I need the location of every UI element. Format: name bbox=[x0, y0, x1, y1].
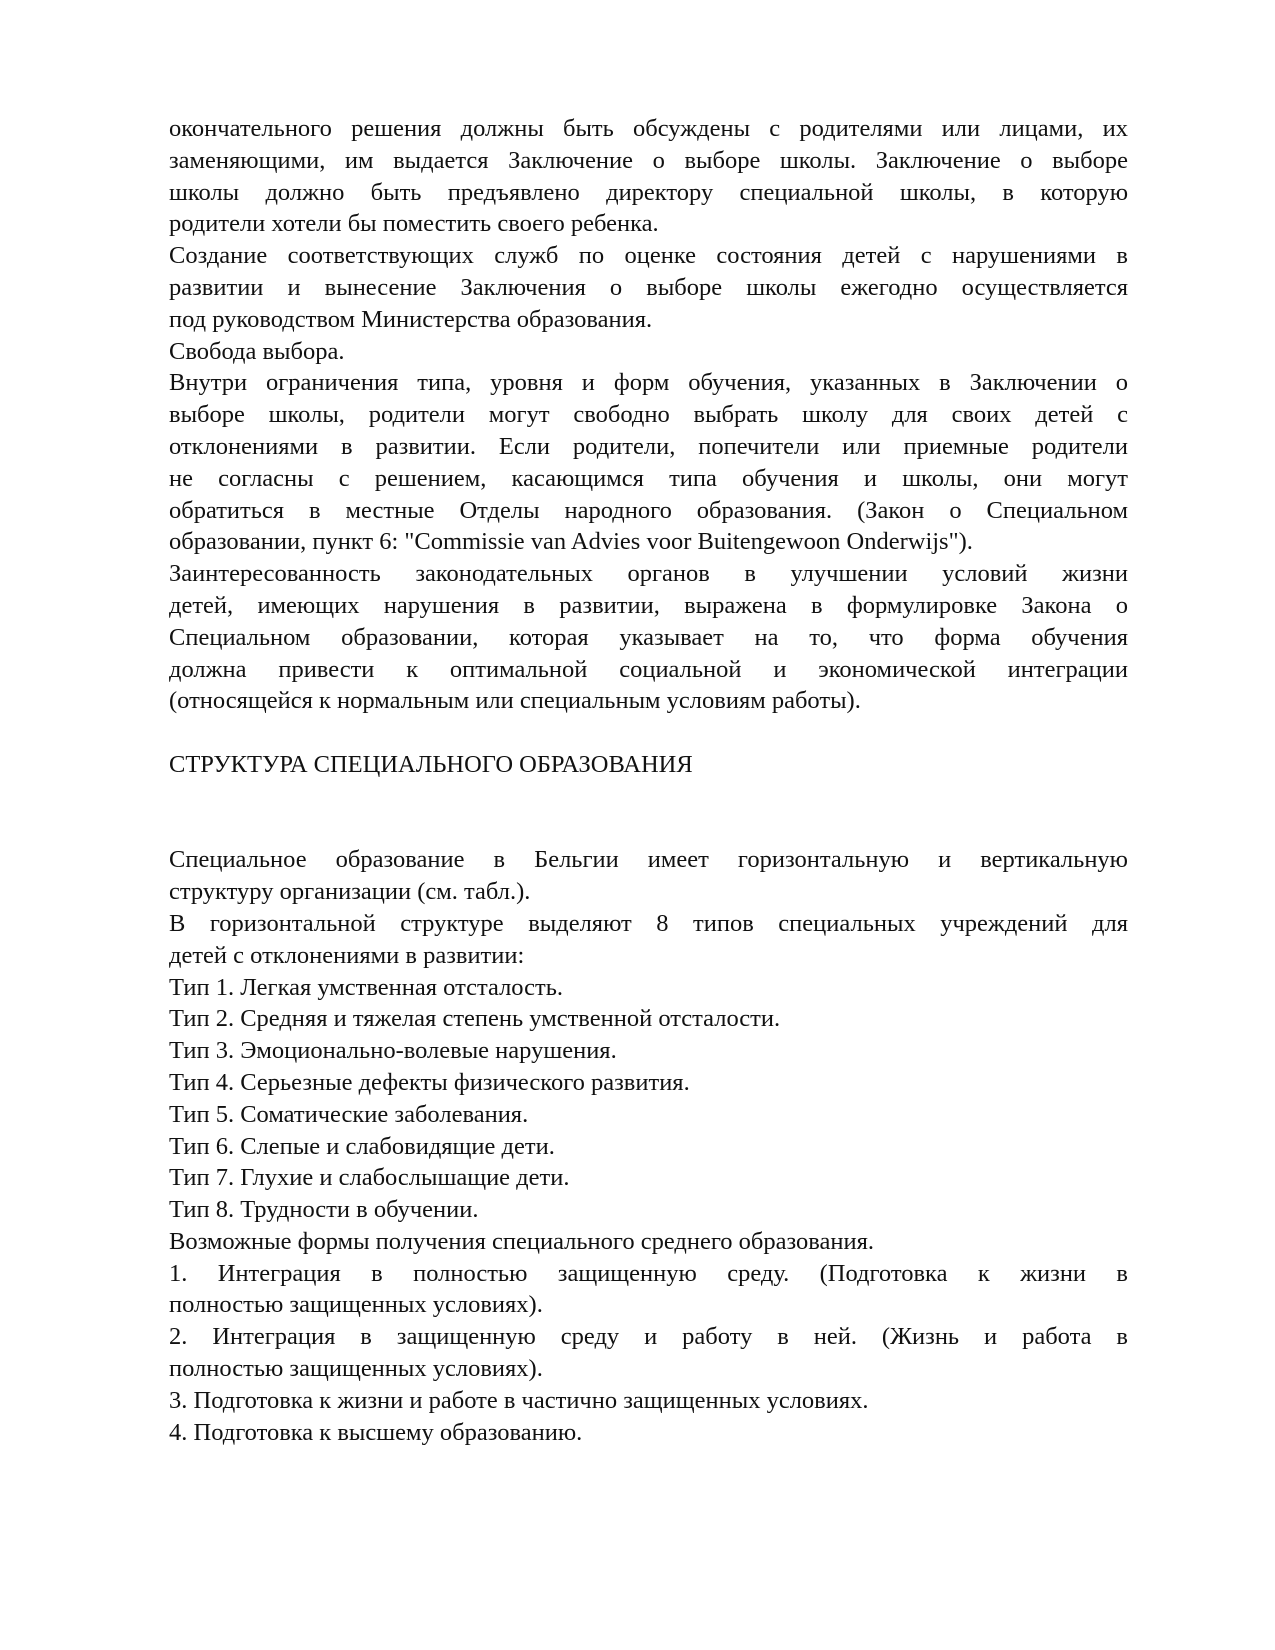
list-item: Тип 7. Глухие и слабослышащие дети. bbox=[169, 1162, 1128, 1194]
section-heading: СТРУКТУРА СПЕЦИАЛЬНОГО ОБРАЗОВАНИЯ bbox=[169, 749, 1128, 781]
list-item: Тип 4. Серьезные дефекты физического раз… bbox=[169, 1067, 1128, 1099]
text-line: под руководством Министерства образовани… bbox=[169, 304, 1128, 336]
text-line: заменяющими, им выдается Заключение о вы… bbox=[169, 145, 1128, 177]
text-line: школы должно быть предъявлено директору … bbox=[169, 177, 1128, 209]
text-line: родители хотели бы поместить своего ребе… bbox=[169, 208, 1128, 240]
list-item: Тип 2. Средняя и тяжелая степень умствен… bbox=[169, 1003, 1128, 1035]
text-line: (относящейся к нормальным или специальны… bbox=[169, 685, 1128, 717]
list-item: 1. Интеграция в полностью защищенную сре… bbox=[169, 1258, 1128, 1322]
text-line: детей с отклонениями в развитии: bbox=[169, 940, 1128, 972]
text-line: не согласны с решением, касающимся типа … bbox=[169, 463, 1128, 495]
text-line: отклонениями в развитии. Если родители, … bbox=[169, 431, 1128, 463]
list-item: 3. Подготовка к жизни и работе в частичн… bbox=[169, 1385, 1128, 1417]
list-item: Тип 1. Легкая умственная отсталость. bbox=[169, 972, 1128, 1004]
blank-line bbox=[169, 717, 1128, 749]
blank-line bbox=[169, 813, 1128, 845]
list-item: Тип 6. Слепые и слабовидящие дети. bbox=[169, 1131, 1128, 1163]
text-line: развитии и вынесение Заключения о выборе… bbox=[169, 272, 1128, 304]
text-line: структуру организации (см. табл.). bbox=[169, 876, 1128, 908]
text-line: окончательного решения должны быть обсуж… bbox=[169, 113, 1128, 145]
text-line: Специальном образовании, которая указыва… bbox=[169, 622, 1128, 654]
text-line: обратиться в местные Отделы народного об… bbox=[169, 495, 1128, 527]
paragraph-structure-overview: Специальное образование в Бельгии имеет … bbox=[169, 844, 1128, 908]
list-item: Тип 5. Соматические заболевания. bbox=[169, 1099, 1128, 1131]
text-line: Создание соответствующих служб по оценке… bbox=[169, 240, 1128, 272]
list-item: Тип 3. Эмоционально-волевые нарушения. bbox=[169, 1035, 1128, 1067]
text-line: В горизонтальной структуре выделяют 8 ти… bbox=[169, 908, 1128, 940]
text-line: Внутри ограничения типа, уровня и форм о… bbox=[169, 367, 1128, 399]
paragraph-legislative-interest: Заинтересованность законодательных орган… bbox=[169, 558, 1128, 717]
text-line: 4. Подготовка к высшему образованию. bbox=[169, 1417, 1128, 1449]
text-line: 3. Подготовка к жизни и работе в частичн… bbox=[169, 1385, 1128, 1417]
education-forms-list: 1. Интеграция в полностью защищенную сре… bbox=[169, 1258, 1128, 1449]
text-line: должна привести к оптимальной социальной… bbox=[169, 654, 1128, 686]
text-line: Специальное образование в Бельгии имеет … bbox=[169, 844, 1128, 876]
text-line: 2. Интеграция в защищенную среду и работ… bbox=[169, 1321, 1128, 1353]
text-line: Свобода выбора. bbox=[169, 336, 1128, 368]
text-line: Заинтересованность законодательных орган… bbox=[169, 558, 1128, 590]
text-line: 1. Интеграция в полностью защищенную сре… bbox=[169, 1258, 1128, 1290]
text-line: образовании, пункт 6: "Commissie van Adv… bbox=[169, 526, 1128, 558]
document-page: окончательного решения должны быть обсуж… bbox=[169, 113, 1128, 1448]
list-item: Тип 8. Трудности в обучении. bbox=[169, 1194, 1128, 1226]
paragraph-freedom-of-choice-title: Свобода выбора. bbox=[169, 336, 1128, 368]
paragraph-assessment-services: Создание соответствующих служб по оценке… bbox=[169, 240, 1128, 335]
list-item: 4. Подготовка к высшему образованию. bbox=[169, 1417, 1128, 1449]
text-line: полностью защищенных условиях). bbox=[169, 1353, 1128, 1385]
list-item: 2. Интеграция в защищенную среду и работ… bbox=[169, 1321, 1128, 1385]
institution-types-list: Тип 1. Легкая умственная отсталость. Тип… bbox=[169, 972, 1128, 1226]
paragraph-school-conclusion: окончательного решения должны быть обсуж… bbox=[169, 113, 1128, 240]
text-line: детей, имеющих нарушения в развитии, выр… bbox=[169, 590, 1128, 622]
text-line: выборе школы, родители могут свободно вы… bbox=[169, 399, 1128, 431]
text-line: полностью защищенных условиях). bbox=[169, 1289, 1128, 1321]
blank-line bbox=[169, 781, 1128, 813]
paragraph-horizontal-structure: В горизонтальной структуре выделяют 8 ти… bbox=[169, 908, 1128, 972]
paragraph-freedom-of-choice: Внутри ограничения типа, уровня и форм о… bbox=[169, 367, 1128, 558]
forms-intro: Возможные формы получения специального с… bbox=[169, 1226, 1128, 1258]
